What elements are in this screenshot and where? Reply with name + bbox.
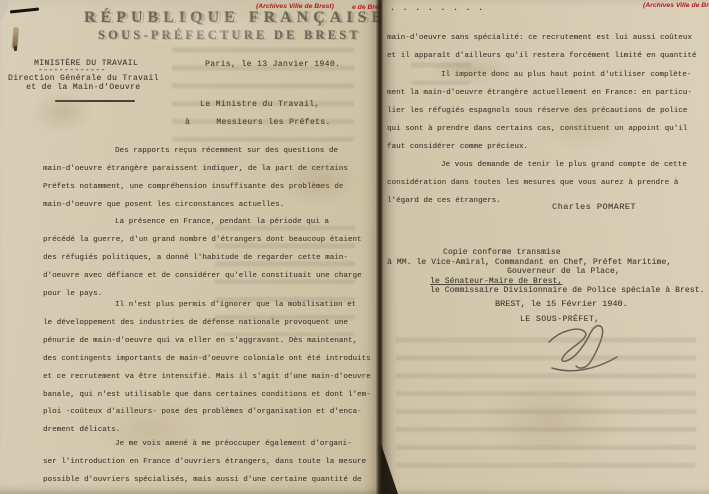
copy-block-line-1: Copie conforme transmise — [443, 248, 561, 257]
recipient-line: à Messieurs les Préfets. — [185, 118, 331, 127]
paper-tear-dot — [14, 46, 17, 51]
paragraph-5: Il importe donc au plus haut point d'uti… — [387, 67, 692, 157]
archival-letter-scan: (Archives Ville de Brest) e de Brest) RÉ… — [0, 0, 709, 494]
paragraph-3: Il n'est plus permis d'ignorer que la mo… — [43, 297, 371, 440]
copy-block-line-5: le Commissaire Divisionnaire de Police s… — [430, 286, 704, 295]
letter-page-2: . . . . . . . . (Archives Ville de Brest… — [381, 0, 709, 494]
copy-block-line-4: le Sénateur-Maire de Brest, — [430, 277, 562, 286]
direction-line-2: et de la Main-d'Oeuvre — [26, 83, 140, 92]
paragraph-2: La présence en France, pendant la périod… — [43, 214, 362, 304]
page-seam — [376, 0, 383, 494]
stamp-republique-francaise: RÉPUBLIQUE FRANÇAISE — [84, 9, 381, 27]
direction-line-1: Direction Générale du Travail — [8, 74, 159, 83]
paris-dateline: Paris, le 13 Janvier 1940. — [205, 60, 340, 69]
paper-tear — [12, 27, 18, 48]
paragraph-4: Je me vois amené à me préoccuper égaleme… — [43, 436, 366, 490]
archive-watermark: (Archives Ville de Brest) — [643, 2, 709, 9]
stamp-sous-prefecture-brest: SOUS-PRÉFECTURE DE BREST — [98, 28, 361, 43]
continuation-dots: . . . . . . . . — [390, 4, 485, 13]
pen-mark — [10, 7, 39, 13]
paragraph-1: Des rapports reçus récemment sur des que… — [43, 143, 348, 215]
copy-block-line-3: Gouverneur de la Place, — [507, 267, 620, 276]
letter-page-1: (Archives Ville de Brest) e de Brest) RÉ… — [0, 0, 381, 494]
sender-line: Le Ministre du Travail, — [200, 100, 320, 109]
paragraph-6: Je vous demande de tenir le plus grand c… — [387, 157, 687, 211]
signatory-name: Charles POMARET — [552, 202, 636, 212]
scan-corner-highlight — [0, 0, 10, 26]
handwritten-signature — [539, 322, 634, 378]
paragraph-4-continued: main-d'oeuvre sans spécialité: ce recrut… — [387, 30, 696, 66]
direction-underline — [55, 100, 135, 102]
copy-block-line-2: à MM. le Vice-Amiral, Commandant en Chef… — [387, 258, 671, 267]
brest-dateline: BREST, le 15 Février 1940. — [495, 299, 628, 309]
scan-corner-shadow — [381, 444, 398, 494]
